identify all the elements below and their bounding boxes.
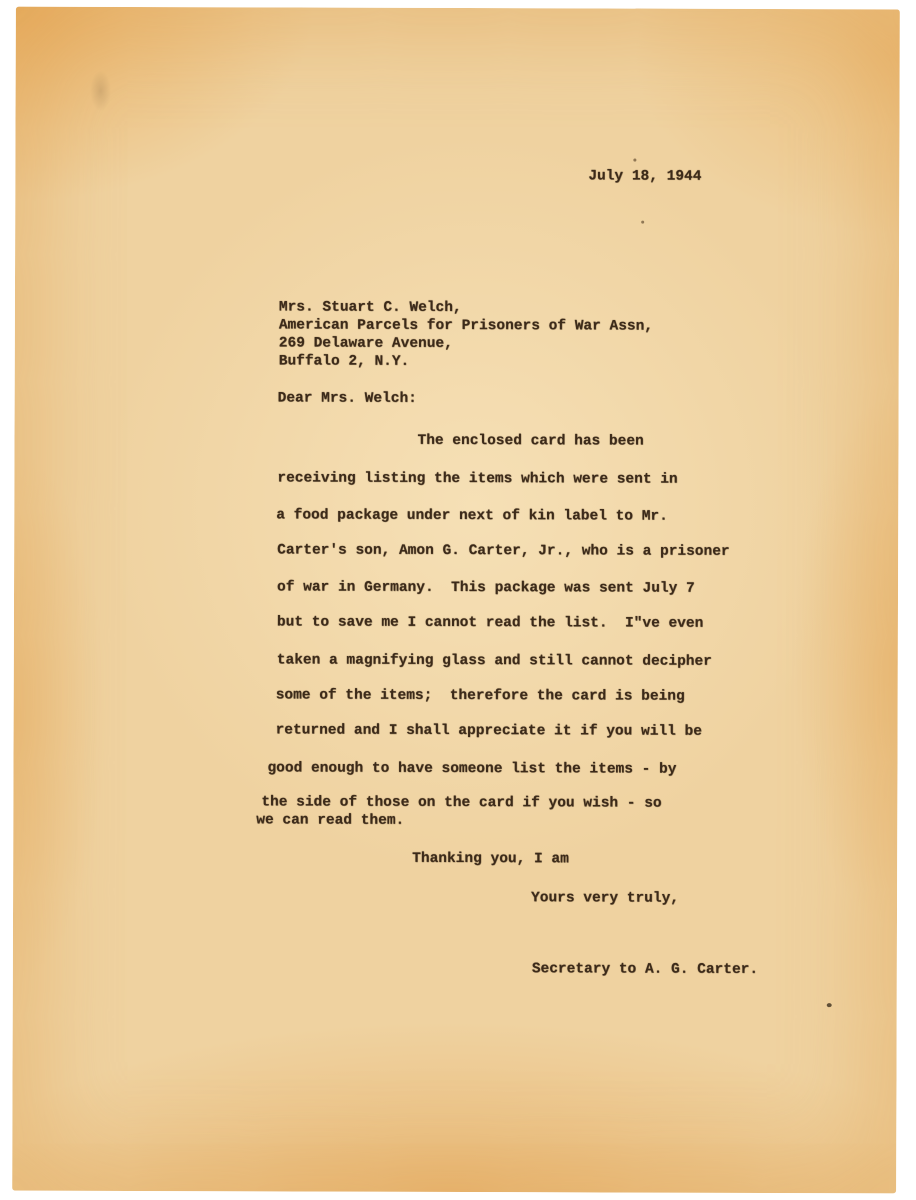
body-line: good enough to have someone list the ite…: [267, 759, 676, 778]
letter-paper: July 18, 1944 Mrs. Stuart C. Welch, Amer…: [12, 7, 900, 1194]
recipient-address-line: American Parcels for Prisoners of War As…: [279, 316, 653, 335]
body-line: a food package under next of kin label t…: [276, 506, 668, 525]
paper-smudge: [86, 62, 116, 120]
recipient-address: Mrs. Stuart C. Welch, American Parcels f…: [16, 7, 900, 10]
body-line: of war in Germany. This package was sent…: [277, 578, 695, 597]
body-line: receiving listing the items which were s…: [277, 469, 677, 488]
signature-line: Secretary to A. G. Carter.: [532, 960, 758, 979]
letter-body: The enclosed card has been receiving lis…: [16, 7, 900, 10]
body-line: taken a magnifying glass and still canno…: [277, 651, 712, 670]
body-line: we can read them.: [256, 811, 404, 829]
letter-date: July 18, 1944: [588, 167, 701, 185]
body-line: The enclosed card has been: [417, 432, 643, 451]
closing-thanks: Thanking you, I am: [412, 850, 569, 868]
salutation: Dear Mrs. Welch:: [278, 389, 417, 407]
body-line: some of the items; therefore the card is…: [276, 686, 685, 705]
scan-background: July 18, 1944 Mrs. Stuart C. Welch, Amer…: [0, 0, 916, 1200]
body-line: the side of those on the card if you wis…: [261, 793, 661, 812]
body-line: Carter's son, Amon G. Carter, Jr., who i…: [277, 541, 730, 560]
closing-valediction: Yours very truly,: [531, 889, 679, 907]
recipient-address-line: 269 Delaware Avenue,: [279, 334, 453, 353]
paper-speck: [641, 221, 644, 224]
paper-speck: [633, 159, 636, 162]
body-line: but to save me I cannot read the list. I…: [277, 613, 703, 632]
body-line: returned and I shall appreciate it if yo…: [276, 721, 702, 740]
recipient-address-line: Buffalo 2, N.Y.: [279, 352, 410, 370]
paper-speck: [827, 1003, 832, 1007]
recipient-address-line: Mrs. Stuart C. Welch,: [279, 298, 462, 317]
